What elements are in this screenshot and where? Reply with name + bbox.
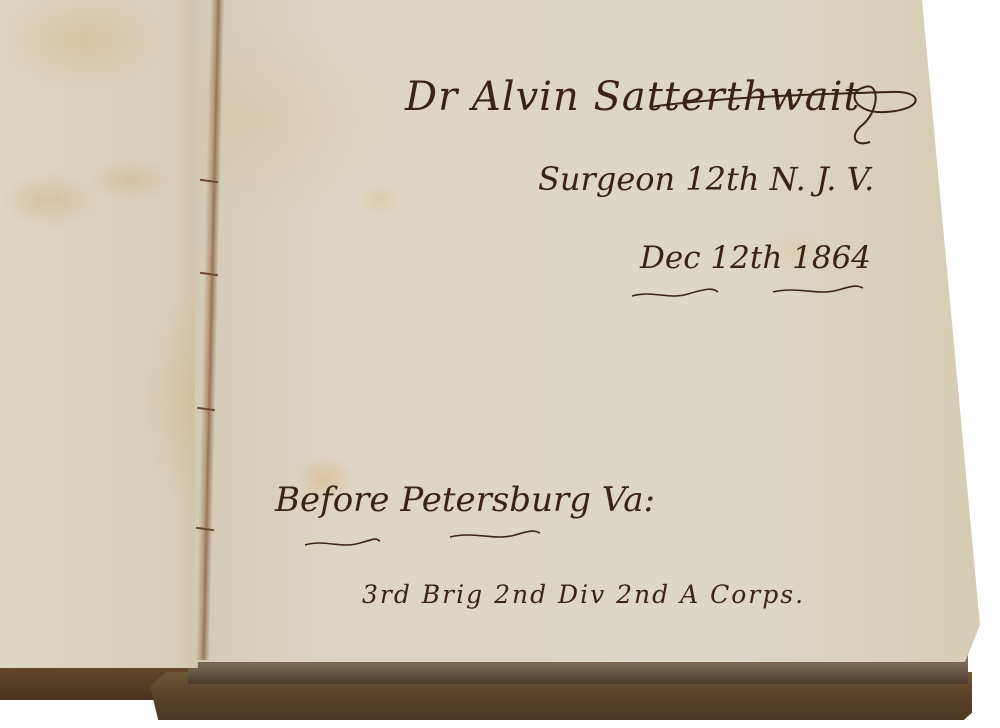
book-photo: Dr Alvin Satterthwait Surgeon 12th N. J.…: [0, 0, 1000, 728]
date-underline: [628, 282, 868, 304]
inscription-unit: 3rd Brig 2nd Div 2nd A Corps.: [362, 580, 805, 609]
left-page: [0, 0, 215, 668]
inscription-place: Before Petersburg Va:: [275, 480, 655, 520]
inscription-rank: Surgeon 12th N. J. V.: [538, 160, 874, 198]
place-underline: [300, 525, 630, 555]
name-flourish: [640, 82, 925, 152]
inscription-date: Dec 12th 1864: [640, 240, 871, 276]
